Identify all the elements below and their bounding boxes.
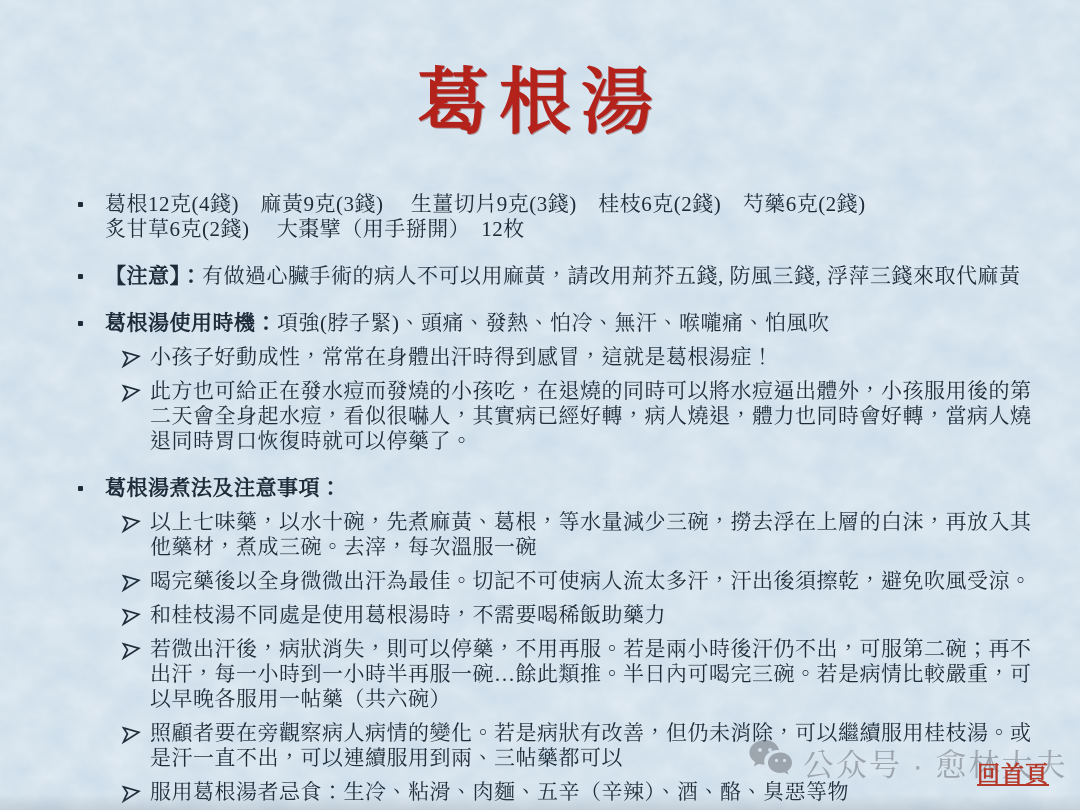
arrow-bullet-icon <box>117 780 150 805</box>
home-page-link[interactable]: 回首頁 <box>977 756 1049 789</box>
wechat-icon <box>748 738 794 786</box>
arrow-bullet-icon <box>117 637 150 662</box>
sub-bullet-item: 和桂枝湯不同處是使用葛根湯時，不需要喝稀飯助藥力 <box>117 603 1042 628</box>
sub-bullet-item: 喝完藥後以全身微微出汗為最佳。切記不可使病人流太多汗，汗出後須擦乾，避免吹風受涼… <box>117 569 1042 594</box>
bullet-item: 葛根湯使用時機：項強(脖子緊)、頭痛、發熱、怕冷、無汗、喉嚨痛、怕風吹 <box>72 311 1042 336</box>
bullet-dot-icon <box>72 264 105 289</box>
bullet-text: 若微出汗後，病狀消失，則可以停藥，不用再服。若是兩小時後汗仍不出，可服第二碗；再… <box>150 637 1042 712</box>
bullet-item: 葛根湯煮法及注意事項： <box>72 476 1042 501</box>
bullet-item: 【注意】：有做過心臟手術的病人不可以用麻黃，請改用荊芥五錢, 防風三錢, 浮萍三… <box>72 264 1042 289</box>
bullet-text: 【注意】：有做過心臟手術的病人不可以用麻黃，請改用荊芥五錢, 防風三錢, 浮萍三… <box>105 264 1042 289</box>
bullet-text: 小孩子好動成性，常常在身體出汗時得到感冒，這就是葛根湯症！ <box>150 345 1042 370</box>
arrow-bullet-icon <box>117 603 150 628</box>
bullet-list: 葛根12克(4錢) 麻黃9克(3錢) 生薑切片9克(3錢) 桂枝6克(2錢) 芍… <box>72 192 1042 805</box>
bullet-item: 葛根12克(4錢) 麻黃9克(3錢) 生薑切片9克(3錢) 桂枝6克(2錢) 芍… <box>72 192 1042 242</box>
bullet-text: 和桂枝湯不同處是使用葛根湯時，不需要喝稀飯助藥力 <box>150 603 1042 628</box>
bullet-text: 以上七味藥，以水十碗，先煮麻黃、葛根，等水量減少三碗，撈去浮在上層的白沫，再放入… <box>150 510 1042 560</box>
sub-bullet-item: 小孩子好動成性，常常在身體出汗時得到感冒，這就是葛根湯症！ <box>117 345 1042 370</box>
bullet-dot-icon <box>72 311 105 336</box>
slide-body: 葛根湯 葛根12克(4錢) 麻黃9克(3錢) 生薑切片9克(3錢) 桂枝6克(2… <box>0 0 1080 810</box>
sub-bullet-item: 此方也可給正在發水痘而發燒的小孩吃，在退燒的同時可以將水痘逼出體外，小孩服用後的… <box>117 379 1042 454</box>
slide-title: 葛根湯 <box>0 44 1080 148</box>
arrow-bullet-icon <box>117 569 150 594</box>
bullet-text: 葛根12克(4錢) 麻黃9克(3錢) 生薑切片9克(3錢) 桂枝6克(2錢) 芍… <box>105 192 1042 242</box>
arrow-bullet-icon <box>117 379 150 404</box>
sub-bullet-item: 以上七味藥，以水十碗，先煮麻黃、葛根，等水量減少三碗，撈去浮在上層的白沫，再放入… <box>117 510 1042 560</box>
arrow-bullet-icon <box>117 721 150 746</box>
slide: { "slide": { "title": "葛根湯" }, "colors":… <box>0 0 1080 810</box>
bullet-text: 喝完藥後以全身微微出汗為最佳。切記不可使病人流太多汗，汗出後須擦乾，避免吹風受涼… <box>150 569 1042 594</box>
bullet-text: 葛根湯煮法及注意事項： <box>105 476 1042 501</box>
bullet-dot-icon <box>72 192 105 217</box>
bullet-text: 葛根湯使用時機：項強(脖子緊)、頭痛、發熱、怕冷、無汗、喉嚨痛、怕風吹 <box>105 311 1042 336</box>
bullet-text: 此方也可給正在發水痘而發燒的小孩吃，在退燒的同時可以將水痘逼出體外，小孩服用後的… <box>150 379 1042 454</box>
sub-bullet-item: 若微出汗後，病狀消失，則可以停藥，不用再服。若是兩小時後汗仍不出，可服第二碗；再… <box>117 637 1042 712</box>
arrow-bullet-icon <box>117 510 150 535</box>
bullet-dot-icon <box>72 476 105 501</box>
arrow-bullet-icon <box>117 345 150 370</box>
